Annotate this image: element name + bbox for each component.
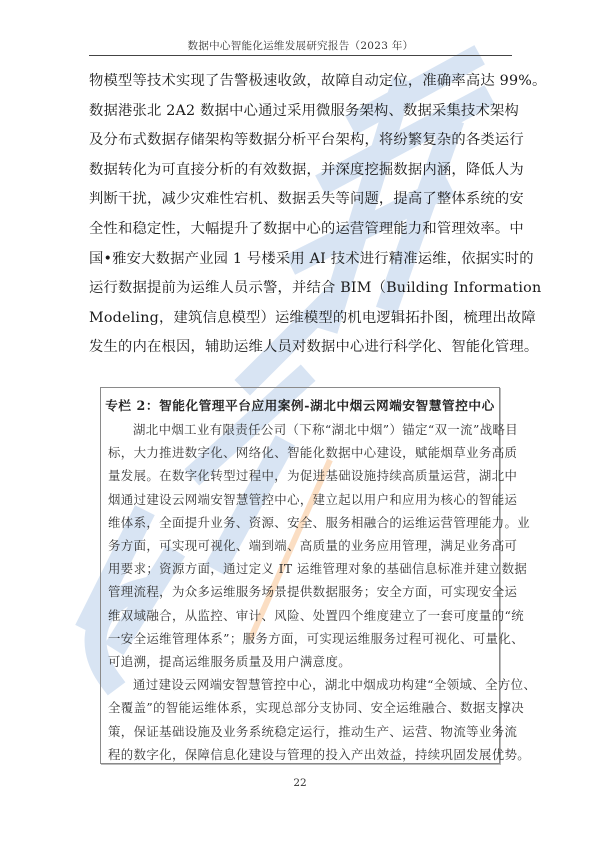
body-line: 发生的内在根因，辅助运维人员对数据中心进行科学化、智能化管理。 — [89, 333, 512, 363]
body-paragraph: 物模型等技术实现了告警极速收敛，故障自动定位，准确率高达 99%。 数据港张北 … — [89, 67, 512, 363]
running-header: 数据中心智能化运维发展研究报告（2023 年） — [89, 38, 512, 53]
column-line: 湖北中烟工业有限责任公司（下称“湖北中烟”）锚定“双一流”战略目 — [108, 418, 492, 441]
column-line: 策，保证基础设施及业务系统稳定运行，推动生产、运营、物流等业务流 — [108, 720, 492, 743]
column-line: 务方面，可实现可视化、端到端、高质量的业务应用管理，满足业务高可 — [108, 534, 492, 557]
case-study-column-box: 专栏 2：智能化管理平台应用案例-湖北中烟云网端安智慧管控中心 湖北中烟工业有限… — [100, 387, 500, 764]
body-line: 物模型等技术实现了告警极速收敛，故障自动定位，准确率高达 99%。 — [89, 67, 512, 97]
column-line: 烟通过建设云网端安智慧管控中心，建立起以用户和应用为核心的智能运 — [108, 488, 492, 511]
column-line: 维体系，全面提升业务、资源、安全、服务相融合的运维运营管理能力。业 — [108, 511, 492, 534]
header-divider — [89, 55, 512, 56]
column-line: 标，大力推进数字化、网络化、智能化数据中心建设，赋能烟草业务高质 — [108, 441, 492, 464]
column-line: 维双域融合，从监控、审计、风险、处置四个维度建立了一套可度量的“统 — [108, 604, 492, 627]
column-line: 可追溯，提高运维服务质量及用户满意度。 — [108, 650, 492, 673]
body-line: Modeling，建筑信息模型）运维模型的机电逻辑拓扑图，梳理出故障 — [89, 304, 512, 334]
body-line: 全性和稳定性，大幅提升了数据中心的运营管理能力和管理效率。中 — [89, 215, 512, 245]
body-line: 判断干扰，减少灾难性宕机、数据丢失等问题，提高了整体系统的安 — [89, 185, 512, 215]
body-line: 运行数据提前为运维人员示警，并结合 BIM（Building Informati… — [89, 274, 512, 304]
column-box-body: 湖北中烟工业有限责任公司（下称“湖北中烟”）锚定“双一流”战略目 标，大力推进数… — [108, 418, 492, 766]
column-line: 通过建设云网端安智慧管控中心，湖北中烟成功构建“全领域、全方位、 — [108, 673, 492, 696]
column-box-title: 专栏 2：智能化管理平台应用案例-湖北中烟云网端安智慧管控中心 — [101, 395, 499, 414]
column-line: 量发展。在数字化转型过程中，为促进基础设施持续高质量运营，湖北中 — [108, 464, 492, 487]
body-line: 国•雅安大数据产业园 1 号楼采用 AI 技术进行精准运维，依据实时的 — [89, 245, 512, 275]
column-line: 一安全运维管理体系”；服务方面，可实现运维服务过程可视化、可量化、 — [108, 627, 492, 650]
body-line: 数据港张北 2A2 数据中心通过采用微服务架构、数据采集技术架构 — [89, 97, 512, 127]
body-line: 及分布式数据存储架构等数据分析平台架构，将纷繁复杂的各类运行 — [89, 126, 512, 156]
column-line: 全覆盖”的智能运维体系，实现总部分支协同、安全运维融合、数据支撑决 — [108, 696, 492, 719]
column-line: 管理流程，为众多运维服务场景提供数据服务；安全方面，可实现安全运 — [108, 580, 492, 603]
page-number: 22 — [0, 777, 600, 789]
column-line: 程的数字化，保障信息化建设与管理的投入产出效益，持续巩固发展优势。 — [108, 743, 492, 766]
body-line: 数据转化为可直接分析的有效数据，并深度挖掘数据内涵，降低人为 — [89, 156, 512, 186]
column-line: 用要求；资源方面，通过定义 IT 运维管理对象的基础信息标准并建立数据 — [108, 557, 492, 580]
